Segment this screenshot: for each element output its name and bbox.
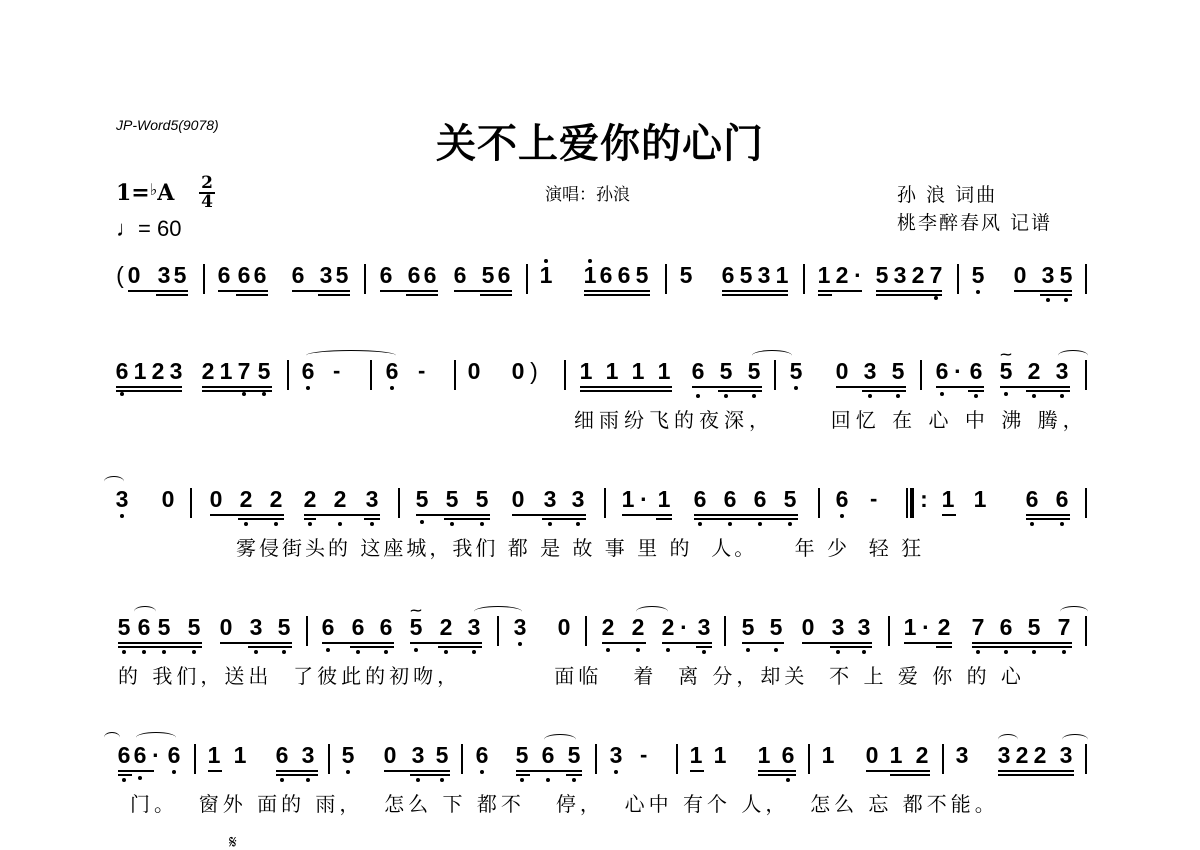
mordent-icon: ⁓ [998,342,1014,368]
note: 5 [444,486,460,512]
note: 7 [928,262,944,288]
barline [364,264,366,294]
lyrics-line: 门。 窗外 面的 雨， 怎么 下 都不 停， 心中 有个 人， 怎么 忘 都不能… [130,788,999,817]
note: 5 [1058,262,1074,288]
note: 6 [1054,486,1070,512]
tie [1060,606,1088,617]
note: 3 [570,486,586,512]
note: 5 [1026,614,1042,640]
barline [1085,488,1087,518]
barline [803,264,805,294]
note: 0 [864,742,880,768]
note: 5 [566,742,582,768]
time-top: 2 [198,175,216,192]
note: 2 [1014,742,1030,768]
note: 2 [332,486,348,512]
dash: - [333,358,340,384]
note: 7 [1056,614,1072,640]
note: 0 [466,358,482,384]
note: 3 [830,614,846,640]
note: 6 [252,262,268,288]
note: 3 [862,358,878,384]
note: 3 [608,742,624,768]
note: 2 [1032,742,1048,768]
note: 1 [688,742,704,768]
note: 6 [1024,486,1040,512]
note: 6 [320,614,336,640]
note: 5 [256,358,272,384]
note: 2 [910,262,926,288]
note: 5 [874,262,890,288]
note: 5 [334,262,350,288]
note: 3 [364,486,380,512]
note: 3 [248,614,264,640]
note: 5 [970,262,986,288]
note: 6 [274,742,290,768]
barline [306,616,308,646]
note: 3 [954,742,970,768]
barline [676,744,678,774]
note: 3 [1058,742,1074,768]
note: 3 [996,742,1012,768]
note: 1 [604,358,620,384]
note: 1 [940,486,956,512]
note: 5 [514,742,530,768]
note: 6 [136,614,152,640]
barline [818,488,820,518]
note: 5 [172,262,188,288]
score-row-3: 3 0 0 2 2 2 2 3 5 5 5 0 3 3 1 · 1 6 6 6 … [0,486,1200,546]
time-bottom: 4 [198,194,216,211]
note: 6 [406,262,422,288]
key-note: A [157,180,174,206]
note: 0 [510,358,526,384]
note: 6 [384,358,400,384]
note: 3 [856,614,872,640]
note: 1 [630,358,646,384]
score-row-2: 6 1 2 3 2 1 7 5 6 - 6 - 0 0 ) 1 1 1 1 6 … [0,358,1200,418]
note: 6 [692,486,708,512]
note: 6 [422,262,438,288]
lyrics-line: 雾侵街头的 这座城，我们 都 是 故 事 里 的 人。 年 少 轻 狂 [236,532,924,561]
note: 5 [788,358,804,384]
note: 6 [114,358,130,384]
note: 0 [1012,262,1028,288]
time-signature: 24 [198,175,216,211]
note: 3 [410,742,426,768]
note: 5 [678,262,694,288]
barline [203,264,205,294]
note: 3 [318,262,334,288]
note: 1 [656,358,672,384]
barline [724,616,726,646]
note: 7 [970,614,986,640]
barline [370,360,372,390]
note: 1 [972,486,988,512]
barline [808,744,810,774]
note: 3 [168,358,184,384]
note: 1 [902,614,918,640]
note: 6 [378,614,394,640]
note: 3 [892,262,908,288]
note: 5 [740,614,756,640]
note: 0 [208,486,224,512]
barline [665,264,667,294]
note: 1 [206,742,222,768]
lyrics-line: 细雨纷飞的夜深， 回忆 在 心 中 沸 腾， [574,404,1088,433]
note: 5 [116,614,132,640]
dash: - [640,742,647,768]
note: 6 [166,742,182,768]
note: 2 [630,614,646,640]
note: 5 [414,486,430,512]
note: 3 [1040,262,1056,288]
tie [1058,350,1088,361]
note: 2 [238,486,254,512]
segno-icon: 𝄋 [229,832,237,850]
note: 5 [480,262,496,288]
barline [920,360,922,390]
note: 0 [218,614,234,640]
quarter-note-icon: ♩ [116,216,138,241]
mordent-icon: ⁓ [408,598,424,624]
transcriber-credit: 桃李醉春风 记谱 [897,208,1052,235]
lyrics-line: 的 我们，送出 了彼此的初吻， 面临 着 离 分，却关 不 上 爱 你 的 心 [118,660,1025,689]
note: 5 [738,262,754,288]
dash: - [870,486,877,512]
note: 0 [834,358,850,384]
note: 5 [156,614,172,640]
note: 2 [834,262,850,288]
note: 1 [656,486,672,512]
note: 6 [780,742,796,768]
note: 2 [936,614,952,640]
barline [1085,264,1087,294]
note: 3 [300,742,316,768]
note: · [850,262,866,288]
note: 1 [538,262,554,288]
barline [1085,616,1087,646]
note: 1 [620,486,636,512]
barline [526,264,528,294]
tie [752,350,792,361]
barline [585,616,587,646]
note: 3 [696,614,712,640]
note: 5 [340,742,356,768]
score-row-4: 5 6 5 5 0 3 5 6 6 6 5 ⁓ 2 3 3 0 2 2 2 · … [0,614,1200,674]
note: 3 [1054,358,1070,384]
note: · [918,614,934,640]
note: 6 [722,486,738,512]
note: 3 [114,486,130,512]
note: · [950,358,966,384]
note: 0 [382,742,398,768]
note: 6 [216,262,232,288]
note: 6 [968,358,984,384]
note: 6 [452,262,468,288]
note: 5 [768,614,784,640]
note: 6 [720,262,736,288]
note: · [676,614,692,640]
repeat-dots: : [916,486,932,512]
note: 0 [126,262,142,288]
note: 3 [512,614,528,640]
note: 3 [756,262,772,288]
close-paren: ) [526,358,542,384]
note: 6 [616,262,632,288]
note: 1 [888,742,904,768]
note: 5 [782,486,798,512]
barline [957,264,959,294]
note: 6 [300,358,316,384]
barline [497,616,499,646]
barline [564,360,566,390]
note: 0 [556,614,572,640]
note: 5 [718,358,734,384]
score-row-1: ( 0 3 5 6 6 6 6 3 5 6 6 6 6 5 6 1 1 6 6 … [0,262,1200,322]
note: · [148,742,164,768]
repeat-start-thick [910,488,914,518]
note: 5 [634,262,650,288]
barline [328,744,330,774]
note: 6 [236,262,252,288]
note: 3 [466,614,482,640]
note: 0 [160,486,176,512]
note: 6 [834,486,850,512]
barline [774,360,776,390]
note: 6 [290,262,306,288]
note: 1 [774,262,790,288]
note: 6 [690,358,706,384]
note: 6 [116,742,132,768]
barline [287,360,289,390]
note: 6 [378,262,394,288]
note: 1 [820,742,836,768]
note: 5 [276,614,292,640]
note: 5 [474,486,490,512]
note: 6 [540,742,556,768]
note: 5 [890,358,906,384]
note: 1 [218,358,234,384]
note: 6 [752,486,768,512]
note: 1 [578,358,594,384]
note: 2 [438,614,454,640]
tempo-value: = 60 [138,216,181,241]
barline [190,488,192,518]
note: 5 [434,742,450,768]
barline [1085,744,1087,774]
singer-credit: 演唱：孙浪 [545,180,630,205]
note: · [636,486,652,512]
note: 1 [712,742,728,768]
note: 1 [132,358,148,384]
note: 3 [156,262,172,288]
tempo-marking: ♩= 60 [116,216,181,242]
dash: - [418,358,425,384]
note: 2 [302,486,318,512]
note: 6 [132,742,148,768]
note: 2 [914,742,930,768]
note: 2 [150,358,166,384]
note: 0 [510,486,526,512]
barline [1085,360,1087,390]
note: 2 [200,358,216,384]
score-row-5: 6 6 · 6 1 1 6 3 5 0 3 5 6 5 6 5 3 - 1 1 … [0,742,1200,802]
note: 1 [816,262,832,288]
note: 6 [998,614,1014,640]
lyrics-music-credit: 孙 浪 词曲 [897,180,997,207]
song-title: 关不上爱你的心门 [0,112,1200,169]
note: 6 [598,262,614,288]
note: 6 [474,742,490,768]
note: 5 [746,358,762,384]
note: 2 [1026,358,1042,384]
key-signature: 1=♭A [116,180,174,206]
note: 5 [186,614,202,640]
barline [604,488,606,518]
slur [998,734,1018,745]
barline [942,744,944,774]
note: 2 [600,614,616,640]
barline [461,744,463,774]
note: 1 [232,742,248,768]
barline [454,360,456,390]
barline [595,744,597,774]
slur [544,734,576,745]
barline [194,744,196,774]
tie [306,350,396,361]
note: 7 [236,358,252,384]
barline [888,616,890,646]
note: 3 [542,486,558,512]
repeat-start-thin [906,488,908,518]
note: 0 [800,614,816,640]
note: 6 [350,614,366,640]
barline [398,488,400,518]
note: 6 [934,358,950,384]
note: 1 [582,262,598,288]
note: 2 [660,614,676,640]
key-prefix: 1= [116,180,150,206]
note: 2 [268,486,284,512]
note: 1 [756,742,772,768]
note: 6 [496,262,512,288]
